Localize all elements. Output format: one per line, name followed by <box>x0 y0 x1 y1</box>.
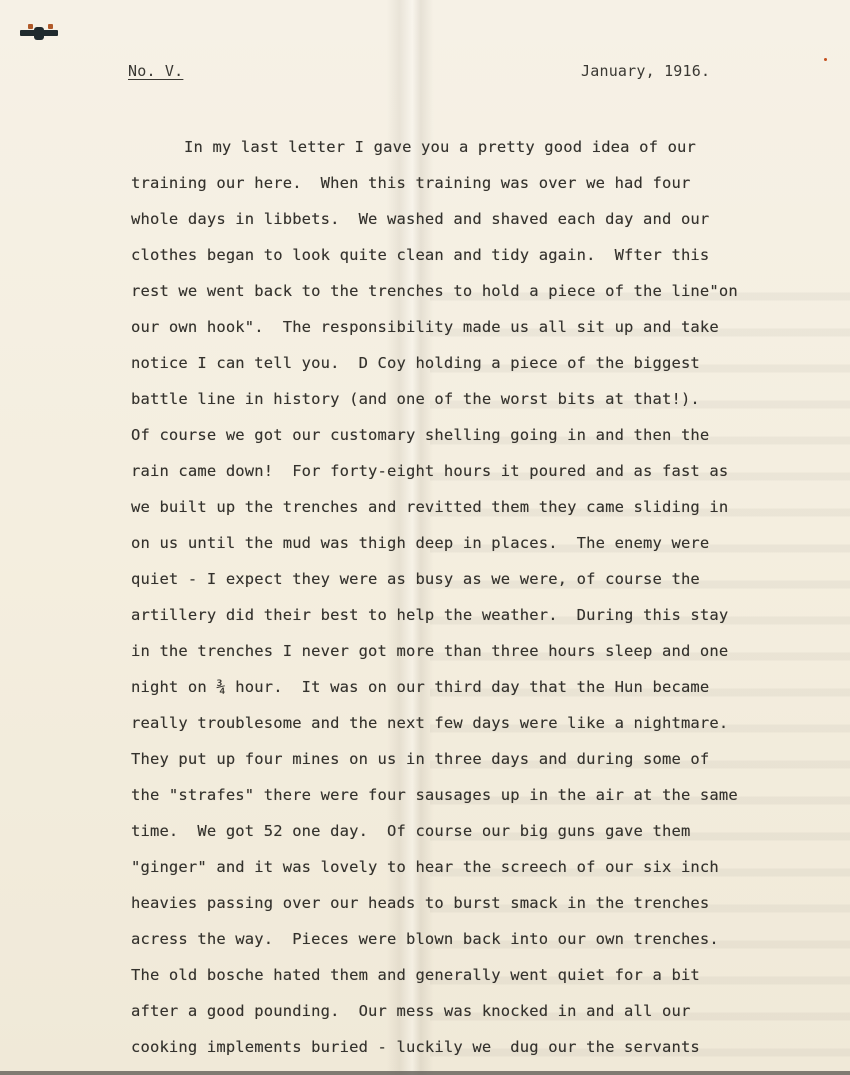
binder-clip-mark-icon <box>20 24 58 40</box>
text-line: cooking implements buried - luckily we d… <box>131 1032 821 1068</box>
text-line: training our here. When this training wa… <box>131 168 821 204</box>
page-bottom-edge <box>0 1071 850 1075</box>
letter-header: No. V. January, 1916. <box>0 62 850 88</box>
letter-body: In my last letter I gave you a pretty go… <box>131 132 821 1068</box>
text-line: time. We got 52 one day. Of course our b… <box>131 816 821 852</box>
text-line: battle line in history (and one of the w… <box>131 384 821 420</box>
text-line: in the trenches I never got more than th… <box>131 636 821 672</box>
text-line: rest we went back to the trenches to hol… <box>131 276 821 312</box>
text-line: "ginger" and it was lovely to hear the s… <box>131 852 821 888</box>
letter-number: No. V. <box>128 62 183 80</box>
letter-date: January, 1916. <box>581 62 710 80</box>
text-line: whole days in libbets. We washed and sha… <box>131 204 821 240</box>
text-line: acress the way. Pieces were blown back i… <box>131 924 821 960</box>
text-line: really troublesome and the next few days… <box>131 708 821 744</box>
text-line: heavies passing over our heads to burst … <box>131 888 821 924</box>
text-line: the "strafes" there were four sausages u… <box>131 780 821 816</box>
text-line: on us until the mud was thigh deep in pl… <box>131 528 821 564</box>
text-line: In my last letter I gave you a pretty go… <box>131 132 821 168</box>
text-line: we built up the trenches and revitted th… <box>131 492 821 528</box>
text-line: night on ¾ hour. It was on our third day… <box>131 672 821 708</box>
text-line: They put up four mines on us in three da… <box>131 744 821 780</box>
text-line: The old bosche hated them and generally … <box>131 960 821 996</box>
rust-speck <box>824 58 827 61</box>
text-line: quiet - I expect they were as busy as we… <box>131 564 821 600</box>
letter-page: No. V. January, 1916. In my last letter … <box>0 0 850 1075</box>
text-line: after a good pounding. Our mess was knoc… <box>131 996 821 1032</box>
text-line: artillery did their best to help the wea… <box>131 600 821 636</box>
text-line: Of course we got our customary shelling … <box>131 420 821 456</box>
text-line: our own hook". The responsibility made u… <box>131 312 821 348</box>
text-line: notice I can tell you. D Coy holding a p… <box>131 348 821 384</box>
text-line: clothes began to look quite clean and ti… <box>131 240 821 276</box>
text-line: rain came down! For forty-eight hours it… <box>131 456 821 492</box>
